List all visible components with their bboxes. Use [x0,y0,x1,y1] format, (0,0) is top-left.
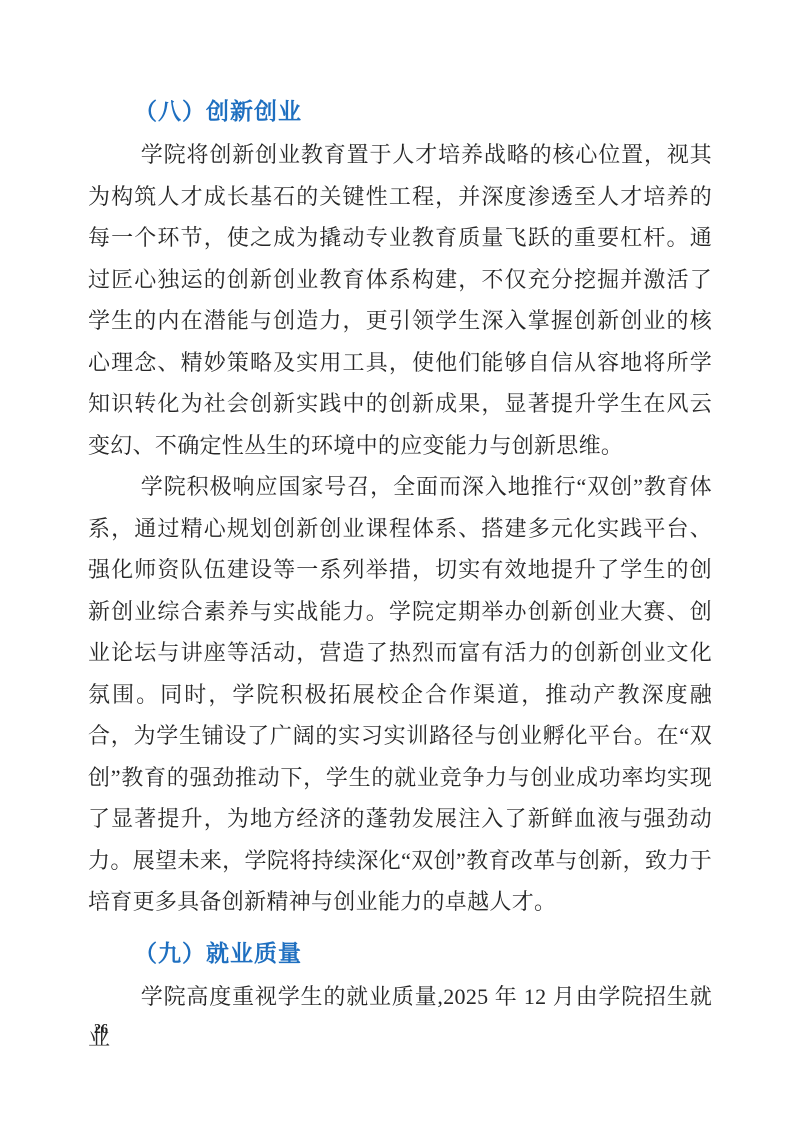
section-heading-8-innovation: （八）创新创业 [88,95,712,127]
paragraph-employment-1: 学院高度重视学生的就业质量,2025 年 12 月由学院招生就业 [88,976,712,1059]
paragraph-innovation-1: 学院将创新创业教育置于人才培养战略的核心位置，视其为构筑人才成长基石的关键性工程… [88,134,712,466]
paragraph-innovation-2: 学院积极响应国家号召，全面而深入地推行“双创”教育体系，通过精心规划创新创业课程… [88,466,712,923]
document-page: （八）创新创业 学院将创新创业教育置于人才培养战略的核心位置，视其为构筑人才成长… [0,0,800,1132]
page-number: 26 [94,1022,108,1038]
section-heading-9-employment: （九）就业质量 [88,937,712,969]
